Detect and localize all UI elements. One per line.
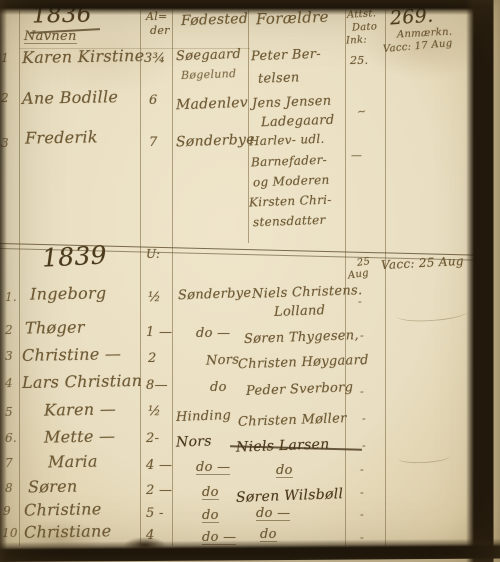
scan-border-right	[466, 0, 500, 562]
row-attest: -	[360, 487, 364, 498]
row-birthplace: Nors	[176, 434, 212, 449]
row-age: 2	[148, 352, 157, 365]
col-header-attest-line2: Dato	[352, 22, 378, 33]
row-attest: -	[360, 464, 364, 475]
row-birthplace: do	[202, 509, 219, 523]
table-rule-age-left	[140, 10, 141, 546]
scanned-register-page: 1836NavnenAl=derFødestedForældreAttst.Da…	[0, 0, 500, 562]
row-birthplace: Sønderbye	[178, 287, 252, 303]
row-age: 2 —	[146, 484, 172, 497]
table-rule-remarks-left	[385, 10, 386, 546]
row-name: Søren	[28, 479, 78, 496]
row-attest: -	[360, 386, 364, 397]
scan-border-bottom	[0, 538, 500, 562]
row-age: ½	[148, 291, 161, 304]
row-parents: Søren Wilsbøll	[236, 487, 344, 505]
row-parents: Christen Møller	[238, 412, 347, 429]
row-age: 5 -	[146, 507, 164, 520]
row-parents: Harlev- udl.	[249, 133, 325, 148]
row-attest: -	[362, 440, 366, 451]
row-age: 8—	[146, 379, 168, 392]
year-1839: 1839	[41, 242, 107, 270]
row-name: Christine	[24, 501, 102, 518]
col-header-name: Navnen	[24, 30, 77, 44]
row-attest: ~	[356, 105, 367, 117]
row-birthplace: do	[202, 486, 219, 500]
row-name: Frederik	[25, 129, 98, 146]
row-name: Christine —	[22, 346, 121, 364]
row-attest: —	[351, 150, 362, 161]
row-age: 6	[149, 94, 158, 107]
scan-border-left	[0, 0, 7, 562]
table-rule-number-col	[19, 10, 20, 546]
row-parents: og Moderen	[253, 174, 330, 189]
row-birthplace: Søegaard	[176, 48, 242, 63]
row-parents: Niels Christens.	[252, 284, 363, 301]
row-birthplace: do —	[196, 327, 230, 340]
row-birthplace: Hinding	[176, 409, 232, 424]
col-header-age-line2: der	[150, 25, 170, 36]
row-name: Thøger	[25, 319, 85, 336]
row-parents: Kirsten Chri-	[249, 194, 332, 209]
row-name: Mette —	[44, 428, 116, 445]
row-attest: 25.	[350, 55, 368, 66]
table-rule-attest-left	[345, 10, 346, 546]
row-name: Ingeborg	[30, 285, 107, 302]
row-attest: -	[360, 330, 364, 341]
row-name: Karen Kirstine	[22, 48, 145, 66]
row-parents: Peder Sverborg	[246, 381, 354, 398]
col-header-attest-line3: Ink:	[346, 35, 368, 46]
row-parents: telsen	[258, 71, 300, 85]
row-age: 1 —	[146, 326, 172, 339]
row-parents: Ladegaard	[261, 114, 335, 130]
row-parents: Peter Ber-	[251, 48, 321, 63]
row-age: 2-	[146, 432, 159, 445]
row-attest: -	[362, 413, 366, 424]
row-birthplace: Madenlev	[176, 96, 248, 113]
col-header-age: U:	[146, 248, 160, 260]
row-attest: -	[361, 358, 365, 369]
row-attest: -	[360, 509, 364, 520]
row-parents: Søren Thygesen,	[244, 329, 359, 346]
row-birthplace: do	[210, 381, 227, 394]
row-name: Lars Christian	[22, 373, 142, 391]
row-age: 3¾	[144, 52, 165, 65]
row-age: 4 —	[146, 459, 172, 472]
row-age: 7	[149, 136, 158, 149]
row-parents-struck: Niels Larsen	[236, 437, 330, 454]
row-birthplace: Bøgelund	[181, 68, 237, 81]
row-parents: stensdatter	[253, 214, 326, 229]
row-attest: -	[358, 296, 362, 307]
row-name: Ane Bodille	[22, 89, 118, 107]
row-parents: Lolland	[274, 304, 326, 319]
row-parents: Jens Jensen	[252, 95, 332, 111]
row-name: Maria	[48, 454, 98, 471]
scan-border-top	[0, 0, 500, 15]
row-parents: do	[276, 464, 293, 478]
row-parents: do —	[256, 507, 290, 521]
row-birthplace: Sønderbye	[176, 133, 255, 150]
row-birthplace: do —	[196, 461, 230, 475]
row-name: Christiane	[24, 523, 112, 541]
row-name: Karen —	[44, 401, 116, 418]
row-age: ½	[148, 405, 161, 418]
row-parents: Barnefader-	[251, 154, 327, 169]
row-birthplace: Nors	[206, 353, 240, 367]
